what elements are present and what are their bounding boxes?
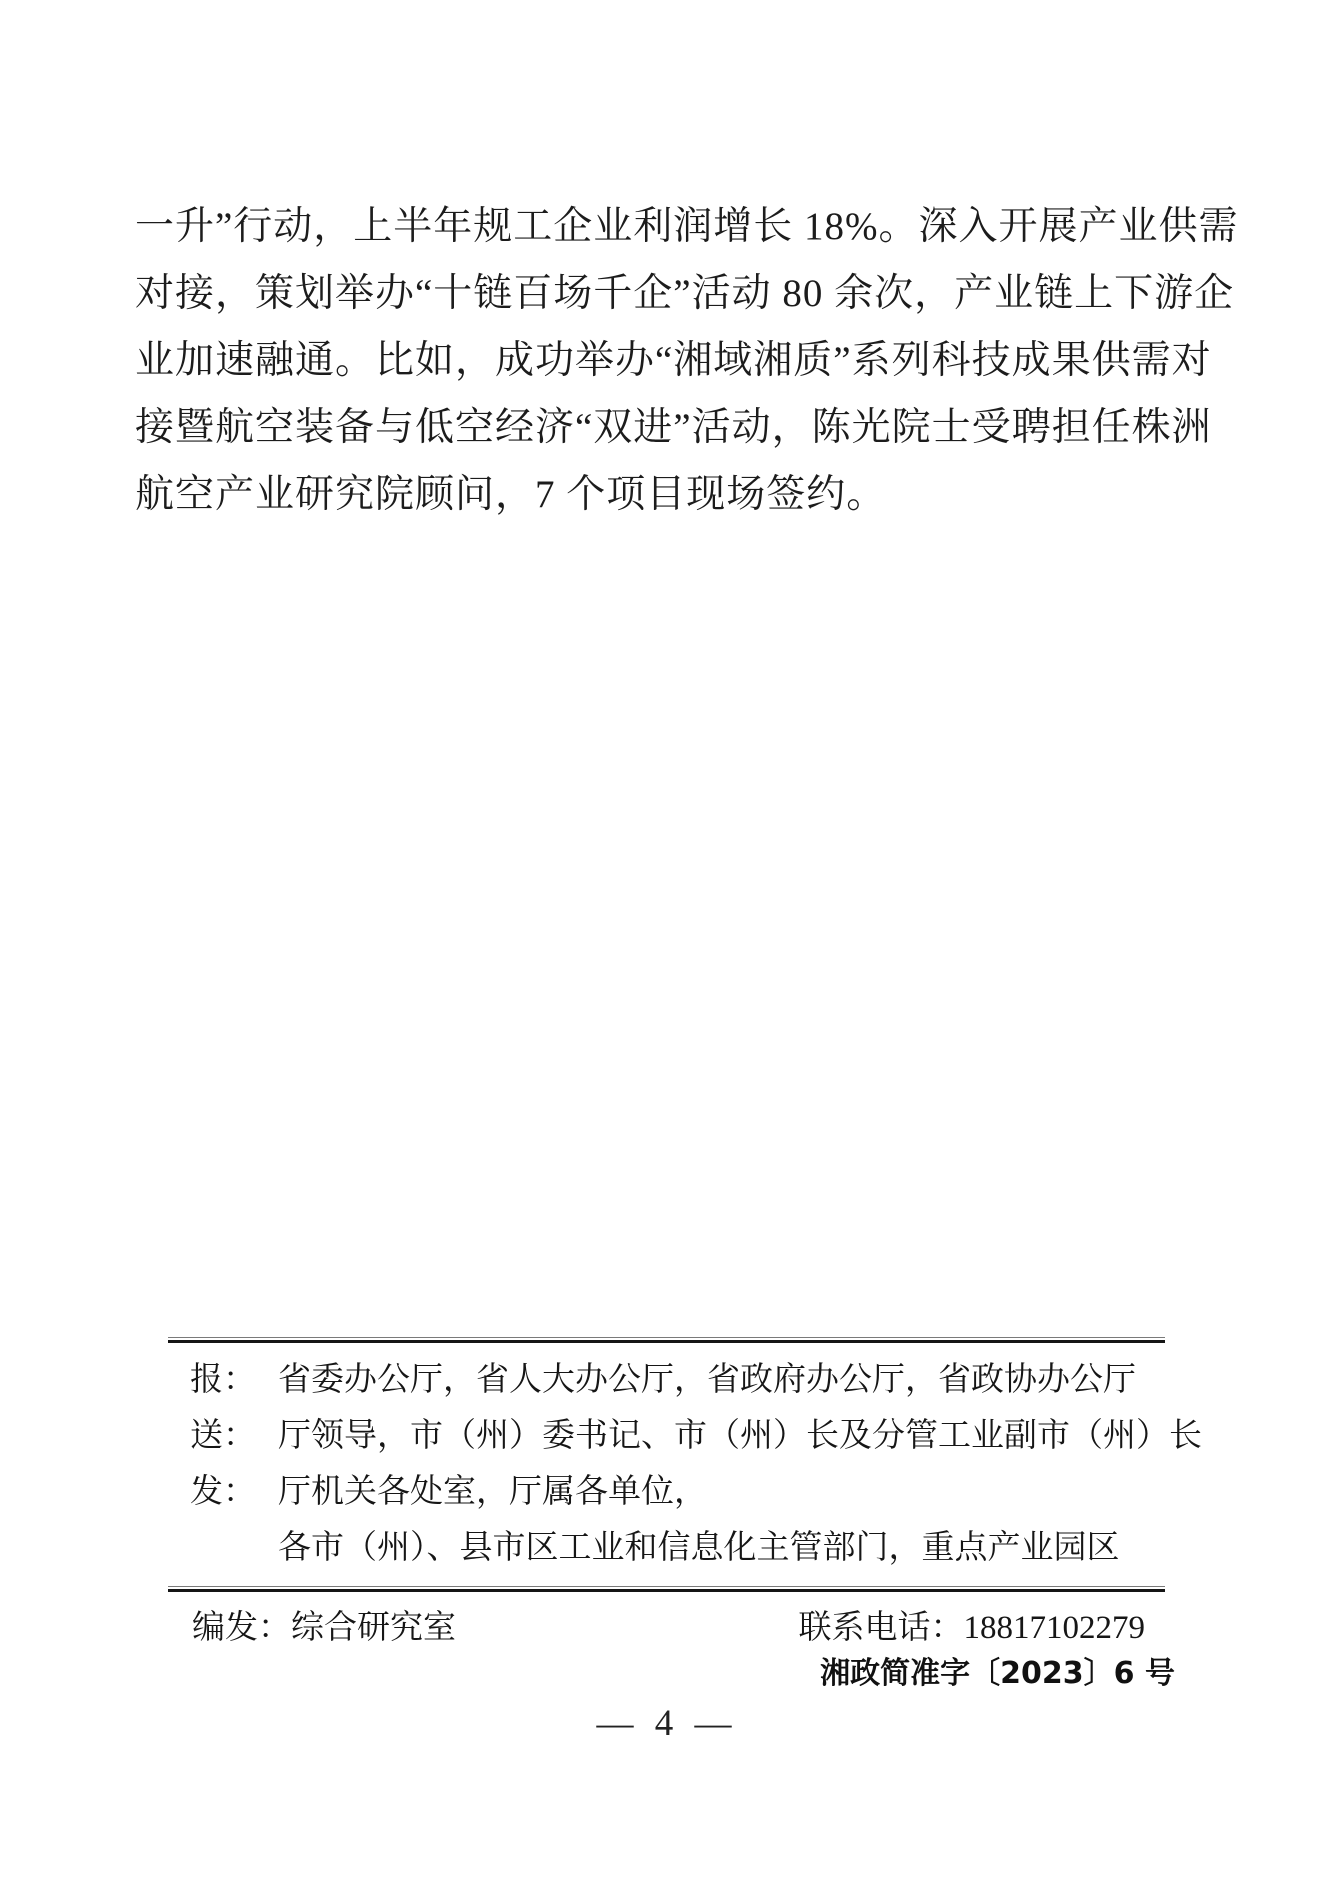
- contact-info: 联系电话：18817102279: [799, 1608, 1146, 1648]
- page-number: — 4 —: [0, 1702, 1334, 1745]
- paragraph-line: 一升”行动，上半年规工企业利润增长 18%。深入开展产业供需: [135, 193, 1165, 260]
- distribution-row-label: 报：: [190, 1352, 278, 1408]
- doc-reference-number: 湘政简准字〔2023〕6 号: [820, 1648, 1175, 1692]
- paragraph-line: 对接，策划举办“十链百场千企”活动 80 余次，产业链上下游企: [135, 260, 1165, 327]
- editor-contact-row: 编发：综合研究室 联系电话：18817102279: [168, 1592, 1165, 1648]
- paragraph-line: 业加速融通。比如，成功举办“湘域湘质”系列科技成果供需对: [135, 327, 1165, 394]
- contact-number: 18817102279: [964, 1610, 1146, 1646]
- distribution-row-issue-continued: 各市（州）、县市区工业和信息化主管部门，重点产业园区: [190, 1520, 1165, 1576]
- distribution-row-text: 省委办公厅，省人大办公厅，省政府办公厅，省政协办公厅: [278, 1352, 1165, 1408]
- contact-label: 联系电话：: [799, 1610, 964, 1646]
- distribution-row-label: 发：: [190, 1464, 278, 1520]
- distribution-row-text: 厅领导，市（州）委书记、市（州）长及分管工业副市（州）长: [278, 1408, 1202, 1464]
- distribution-row-report: 报： 省委办公厅，省人大办公厅，省政府办公厅，省政协办公厅: [190, 1352, 1165, 1408]
- distribution-row-send: 送： 厅领导，市（州）委书记、市（州）长及分管工业副市（州）长: [190, 1408, 1165, 1464]
- distribution-rows: 报： 省委办公厅，省人大办公厅，省政府办公厅，省政协办公厅 送： 厅领导，市（州…: [168, 1343, 1165, 1586]
- distribution-row-label: [190, 1520, 278, 1576]
- body-paragraph: 一升”行动，上半年规工企业利润增长 18%。深入开展产业供需 对接，策划举办“十…: [135, 193, 1165, 528]
- distribution-row-text: 各市（州）、县市区工业和信息化主管部门，重点产业园区: [278, 1520, 1165, 1576]
- document-page: 一升”行动，上半年规工企业利润增长 18%。深入开展产业供需 对接，策划举办“十…: [0, 0, 1334, 1887]
- distribution-row-label: 送：: [190, 1408, 278, 1464]
- editor-info: 编发：综合研究室: [192, 1608, 456, 1648]
- editor-value: 综合研究室: [291, 1610, 456, 1646]
- distribution-row-issue: 发： 厅机关各处室，厅属各单位，: [190, 1464, 1165, 1520]
- editor-label: 编发：: [192, 1610, 291, 1646]
- distribution-box: 报： 省委办公厅，省人大办公厅，省政府办公厅，省政协办公厅 送： 厅领导，市（州…: [168, 1337, 1165, 1648]
- distribution-row-text: 厅机关各处室，厅属各单位，: [278, 1464, 1165, 1520]
- paragraph-line: 航空产业研究院顾问，7 个项目现场签约。: [135, 461, 1165, 528]
- paragraph-line: 接暨航空装备与低空经济“双进”活动，陈光院士受聘担任株洲: [135, 394, 1165, 461]
